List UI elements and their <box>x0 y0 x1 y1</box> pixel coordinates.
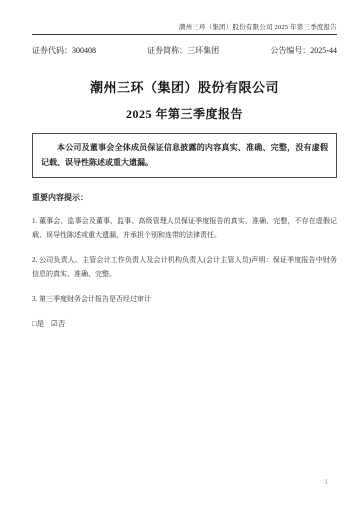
stock-code: 证券代码：300408 <box>32 45 96 56</box>
board-assurance-notice: 本公司及董事会全体成员保证信息披露的内容真实、准确、完整，没有虚假记载、误导性陈… <box>32 133 337 178</box>
company-title: 潮州三环（集团）股份有限公司 <box>32 77 337 96</box>
report-title: 2025 年第三季度报告 <box>32 105 337 122</box>
running-header: 潮州三环（集团）股份有限公司 2025 年第三季度报告 <box>32 22 337 35</box>
stock-short-name: 证券简称：三环集团 <box>147 45 219 56</box>
audit-option-yes-checkbox: □是 <box>32 318 44 329</box>
important-notes-heading: 重要内容提示： <box>32 192 337 203</box>
announcement-number: 公告编号：2025-44 <box>270 45 337 56</box>
audit-option-no-checkbox: ☑否 <box>51 318 65 329</box>
note-item-3: 3. 第三季度财务会计报告是否经过审计 <box>32 292 337 306</box>
note-item-2: 2. 公司负责人、主管会计工作负责人及会计机构负责人(会计主管人员)声明：保证季… <box>32 253 337 281</box>
securities-meta-row: 证券代码：300408 证券简称：三环集团 公告编号：2025-44 <box>32 45 337 56</box>
audit-checkbox-row: □是 ☑否 <box>32 318 337 329</box>
document-page: 潮州三环（集团）股份有限公司 2025 年第三季度报告 证券代码：300408 … <box>0 0 362 512</box>
note-item-1: 1. 董事会、监事会及董事、监事、高级管理人员保证季度报告的真实、准确、完整，不… <box>32 214 337 242</box>
page-number: 1 <box>324 477 328 486</box>
